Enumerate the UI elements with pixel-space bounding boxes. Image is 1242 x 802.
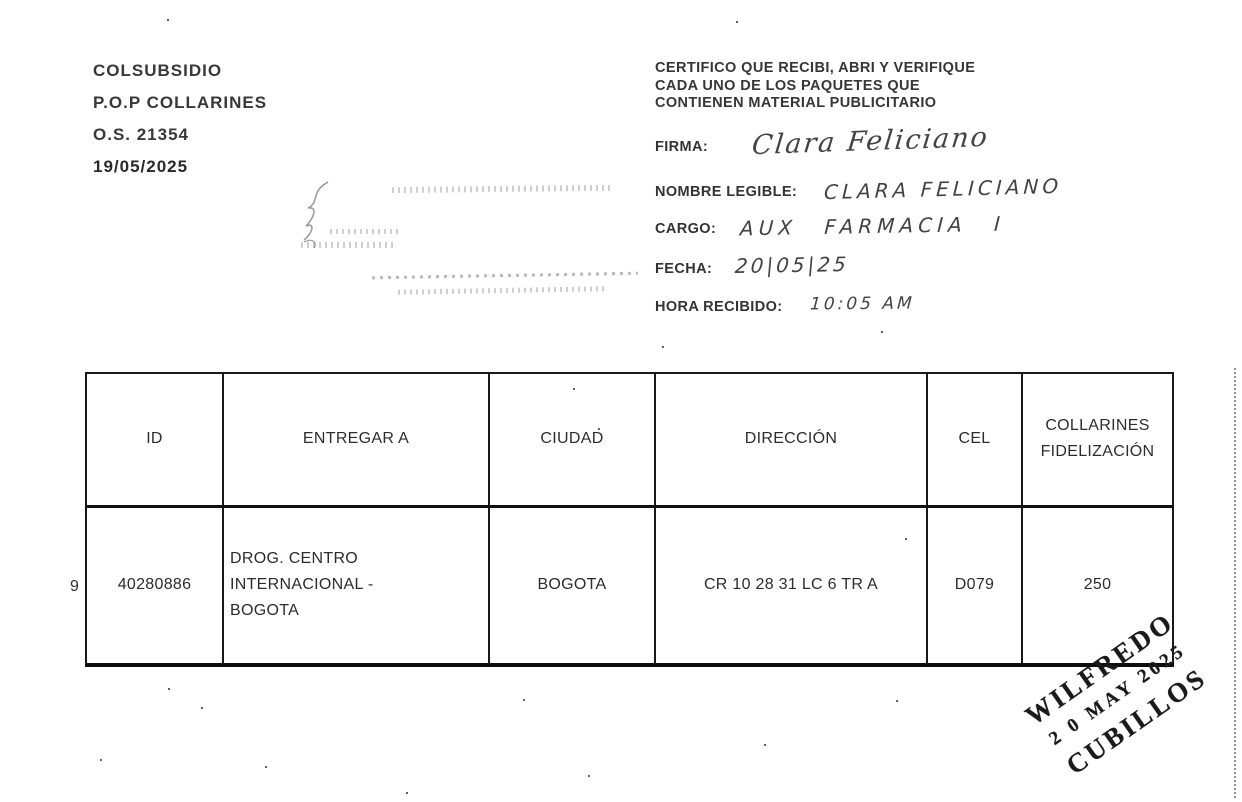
nombre-legible-label: NOMBRE LEGIBLE: [655,184,797,200]
header-direccion: DIRECCIÓN [655,373,927,506]
scan-speckle [406,792,408,794]
cell-id: 40280886 [86,506,223,665]
header-ciudad: CIUDAD [489,373,655,506]
scan-speckle [201,707,203,709]
scanned-delivery-receipt: COLSUBSIDIO P.O.P COLLARINES O.S. 21354 … [0,0,1242,802]
order-number: O.S. 21354 [93,119,267,151]
scan-speckle [662,346,664,348]
product-name: P.O.P COLLARINES [93,87,267,119]
delivery-table: ID ENTREGAR A CIUDAD DIRECCIÓN CEL COLLA… [85,372,1174,667]
received-stamp: WILFREDO 2 0 MAY 2025 CUBILLOS [1000,628,1236,798]
cell-entregar-a: DROG. CENTRO INTERNACIONAL - BOGOTA [223,506,489,665]
header-entregar-a: ENTREGAR A [223,373,489,506]
header-id: ID [86,373,223,506]
certification-text: CERTIFICO QUE RECIBI, ABRI Y VERIFIQUE C… [655,60,975,113]
firma-signature: Clara Feliciano [750,122,990,161]
company-name: COLSUBSIDIO [93,55,267,87]
scan-speckle [764,744,766,746]
scan-speckle [168,688,170,690]
faint-stamp-underline [372,272,638,280]
row-number: 9 [70,578,79,596]
scan-speckle [896,700,898,702]
faint-stamp-mark [301,242,397,248]
certification-line-1: CERTIFICO QUE RECIBI, ABRI Y VERIFIQUE [655,60,975,78]
header-collarines: COLLARINES FIDELIZACIÓN [1022,373,1173,506]
cell-ciudad: BOGOTA [489,506,655,665]
cell-direccion: CR 10 28 31 LC 6 TR A [655,506,927,665]
order-date: 19/05/2025 [93,151,267,183]
firma-label: FIRMA: [655,139,708,155]
scan-speckle [573,388,575,390]
scan-speckle [265,766,267,768]
cargo-label: CARGO: [655,221,716,237]
scan-speckle [736,21,738,23]
faint-stamp-mark [330,229,402,234]
scan-speckle [905,538,907,540]
scan-speckle [881,331,883,333]
scan-speckle [523,699,525,701]
scan-edge-dotted-line [1234,368,1236,798]
header-collarines-label: COLLARINES FIDELIZACIÓN [1023,413,1172,465]
faint-stamp-textline [398,286,604,295]
scan-speckle [167,19,169,21]
certification-line-3: CONTIENEN MATERIAL PUBLICITARIO [655,95,975,113]
scan-speckle [598,428,600,430]
hora-recibido-value: 10:05 AM [809,294,915,315]
hora-recibido-label: HORA RECIBIDO: [655,299,783,315]
faint-stamp-textline [392,185,610,193]
certification-line-2: CADA UNO DE LOS PAQUETES QUE [655,78,975,96]
fecha-value: 20|05|25 [734,252,850,278]
scan-speckle [588,775,590,777]
fecha-label: FECHA: [655,261,712,277]
cell-entregar-a-text: DROG. CENTRO INTERNACIONAL - BOGOTA [224,546,376,624]
header-cel: CEL [927,373,1022,506]
cargo-value: AUX FARMACIA I [739,212,1005,241]
order-info-block: COLSUBSIDIO P.O.P COLLARINES O.S. 21354 … [93,55,267,183]
nombre-legible-value: CLARA FELICIANO [824,174,1063,204]
table-header-row: ID ENTREGAR A CIUDAD DIRECCIÓN CEL COLLA… [86,373,1173,506]
scan-speckle [100,759,102,761]
